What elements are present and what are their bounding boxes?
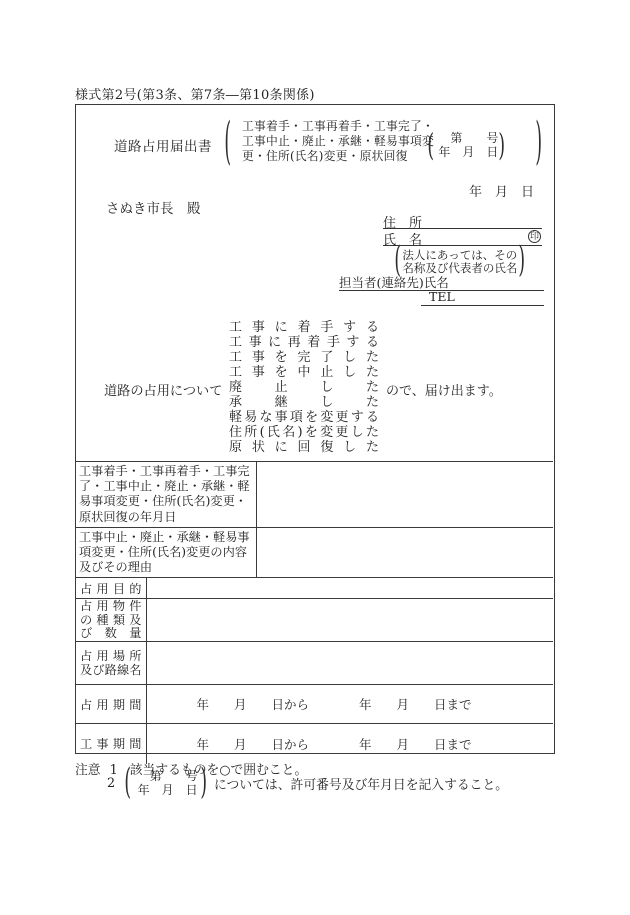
form-number: 様式第2号(第3条、第7条―第10条関係): [75, 84, 315, 103]
row-value: 年 月 日から 年 月 日まで: [146, 724, 553, 764]
open-bracket-icon: (: [125, 766, 132, 801]
statement-prefix: 道路の占用について: [104, 380, 222, 399]
table-row: 占用物件 の種類及 び数量: [76, 599, 553, 642]
form-title: 道路占用届出書: [114, 135, 212, 155]
row-label: 占用期間: [76, 685, 146, 724]
note-bracket-fields: 第 号 年 月 日: [134, 770, 198, 798]
permit-number-group: ( 第 号 年 月 日 ): [427, 131, 506, 161]
row-value: 年 月 日から 年 月 日まで: [146, 685, 553, 724]
statement-option: 工事を完了した: [229, 350, 379, 365]
submission-date: 年 月 日: [469, 181, 534, 200]
row-value: [146, 642, 553, 685]
close-bracket-icon: ): [534, 120, 544, 166]
note-2: 2 ( 第 号 年 月 日 ) については、許可番号及び年月日を記入すること。: [107, 770, 508, 798]
address-field: 住 所: [383, 212, 542, 229]
statement-suffix: ので、届け出ます。: [386, 380, 502, 399]
statement-option: 廃止した: [229, 380, 379, 395]
seal-mark-icon: 印: [528, 230, 541, 243]
open-bracket-icon: (: [427, 131, 434, 161]
detail-table: 工事着手・工事再着手・工事完 了・工事中止・廃止・承継・軽 易事項変更・住所(氏…: [76, 461, 553, 764]
table-row: 工事期間 年 月 日から 年 月 日まで: [76, 724, 553, 764]
row-label: 占用物件 の種類及 び数量: [76, 599, 146, 642]
row-label: 占用目的: [76, 578, 146, 599]
statement-option: 工事に着手する: [229, 320, 379, 335]
row-value: [256, 462, 553, 528]
corporation-note: 法人にあっては、その 名称及び代表者の氏名: [402, 249, 517, 275]
table-row: 工事中止・廃止・承継・軽易事 項変更・住所(氏名)変更の内容 及びその理由: [76, 527, 553, 578]
statement-option: 工事に再着手する: [229, 335, 379, 350]
close-bracket-icon: ): [200, 766, 207, 801]
row-label: 占用場所 及び路線名: [76, 642, 146, 685]
tel-field: TEL: [421, 289, 544, 306]
name-label: 氏 名: [383, 233, 422, 248]
row-value: [256, 527, 553, 578]
row-label: 工事期間: [76, 724, 146, 764]
statement-option: 承継した: [229, 395, 379, 410]
statement-option: 工事を中止した: [229, 365, 379, 380]
table-row: 占用場所 及び路線名: [76, 642, 553, 685]
addressee-mayor: さぬき市長 殿: [106, 197, 201, 217]
open-bracket-icon: (: [223, 120, 233, 166]
statement-option: 軽易な事項を変更する: [229, 410, 379, 425]
form-border-box: 道路占用届出書 ( 工事着手・工事再着手・工事完了・ 工事中止・廃止・承継・軽易…: [75, 104, 555, 754]
table-row: 工事着手・工事再着手・工事完 了・工事中止・廃止・承継・軽 易事項変更・住所(氏…: [76, 462, 553, 528]
row-value: [146, 578, 553, 599]
statement-option: 原状に回復した: [229, 440, 379, 455]
row-value: [146, 599, 553, 642]
statement-option: 住所(氏名)を変更した: [229, 425, 379, 440]
note-number: 2: [107, 776, 115, 791]
document-page: 様式第2号(第3条、第7条―第10条関係) 道路占用届出書 ( 工事着手・工事再…: [0, 0, 630, 915]
notes-label: 注意: [75, 763, 101, 778]
permit-number-fields: 第 号 年 月 日: [434, 132, 498, 160]
statement-options: 工事に着手する 工事に再着手する 工事を完了した 工事を中止した 廃止した 承継…: [229, 320, 379, 455]
row-label: 工事着手・工事再着手・工事完 了・工事中止・廃止・承継・軽 易事項変更・住所(氏…: [76, 462, 256, 528]
table-row: 占用目的: [76, 578, 553, 599]
corporation-note-group: ( 法人にあっては、その 名称及び代表者の氏名 ): [394, 248, 526, 275]
note-text: については、許可番号及び年月日を記入すること。: [214, 774, 508, 793]
row-label: 工事中止・廃止・承継・軽易事 項変更・住所(氏名)変更の内容 及びその理由: [76, 527, 256, 578]
close-bracket-icon: ): [499, 131, 506, 161]
table-row: 占用期間 年 月 日から 年 月 日まで: [76, 685, 553, 724]
condition-list: 工事着手・工事再着手・工事完了・ 工事中止・廃止・承継・軽易事項変 更・住所(氏…: [242, 119, 434, 165]
